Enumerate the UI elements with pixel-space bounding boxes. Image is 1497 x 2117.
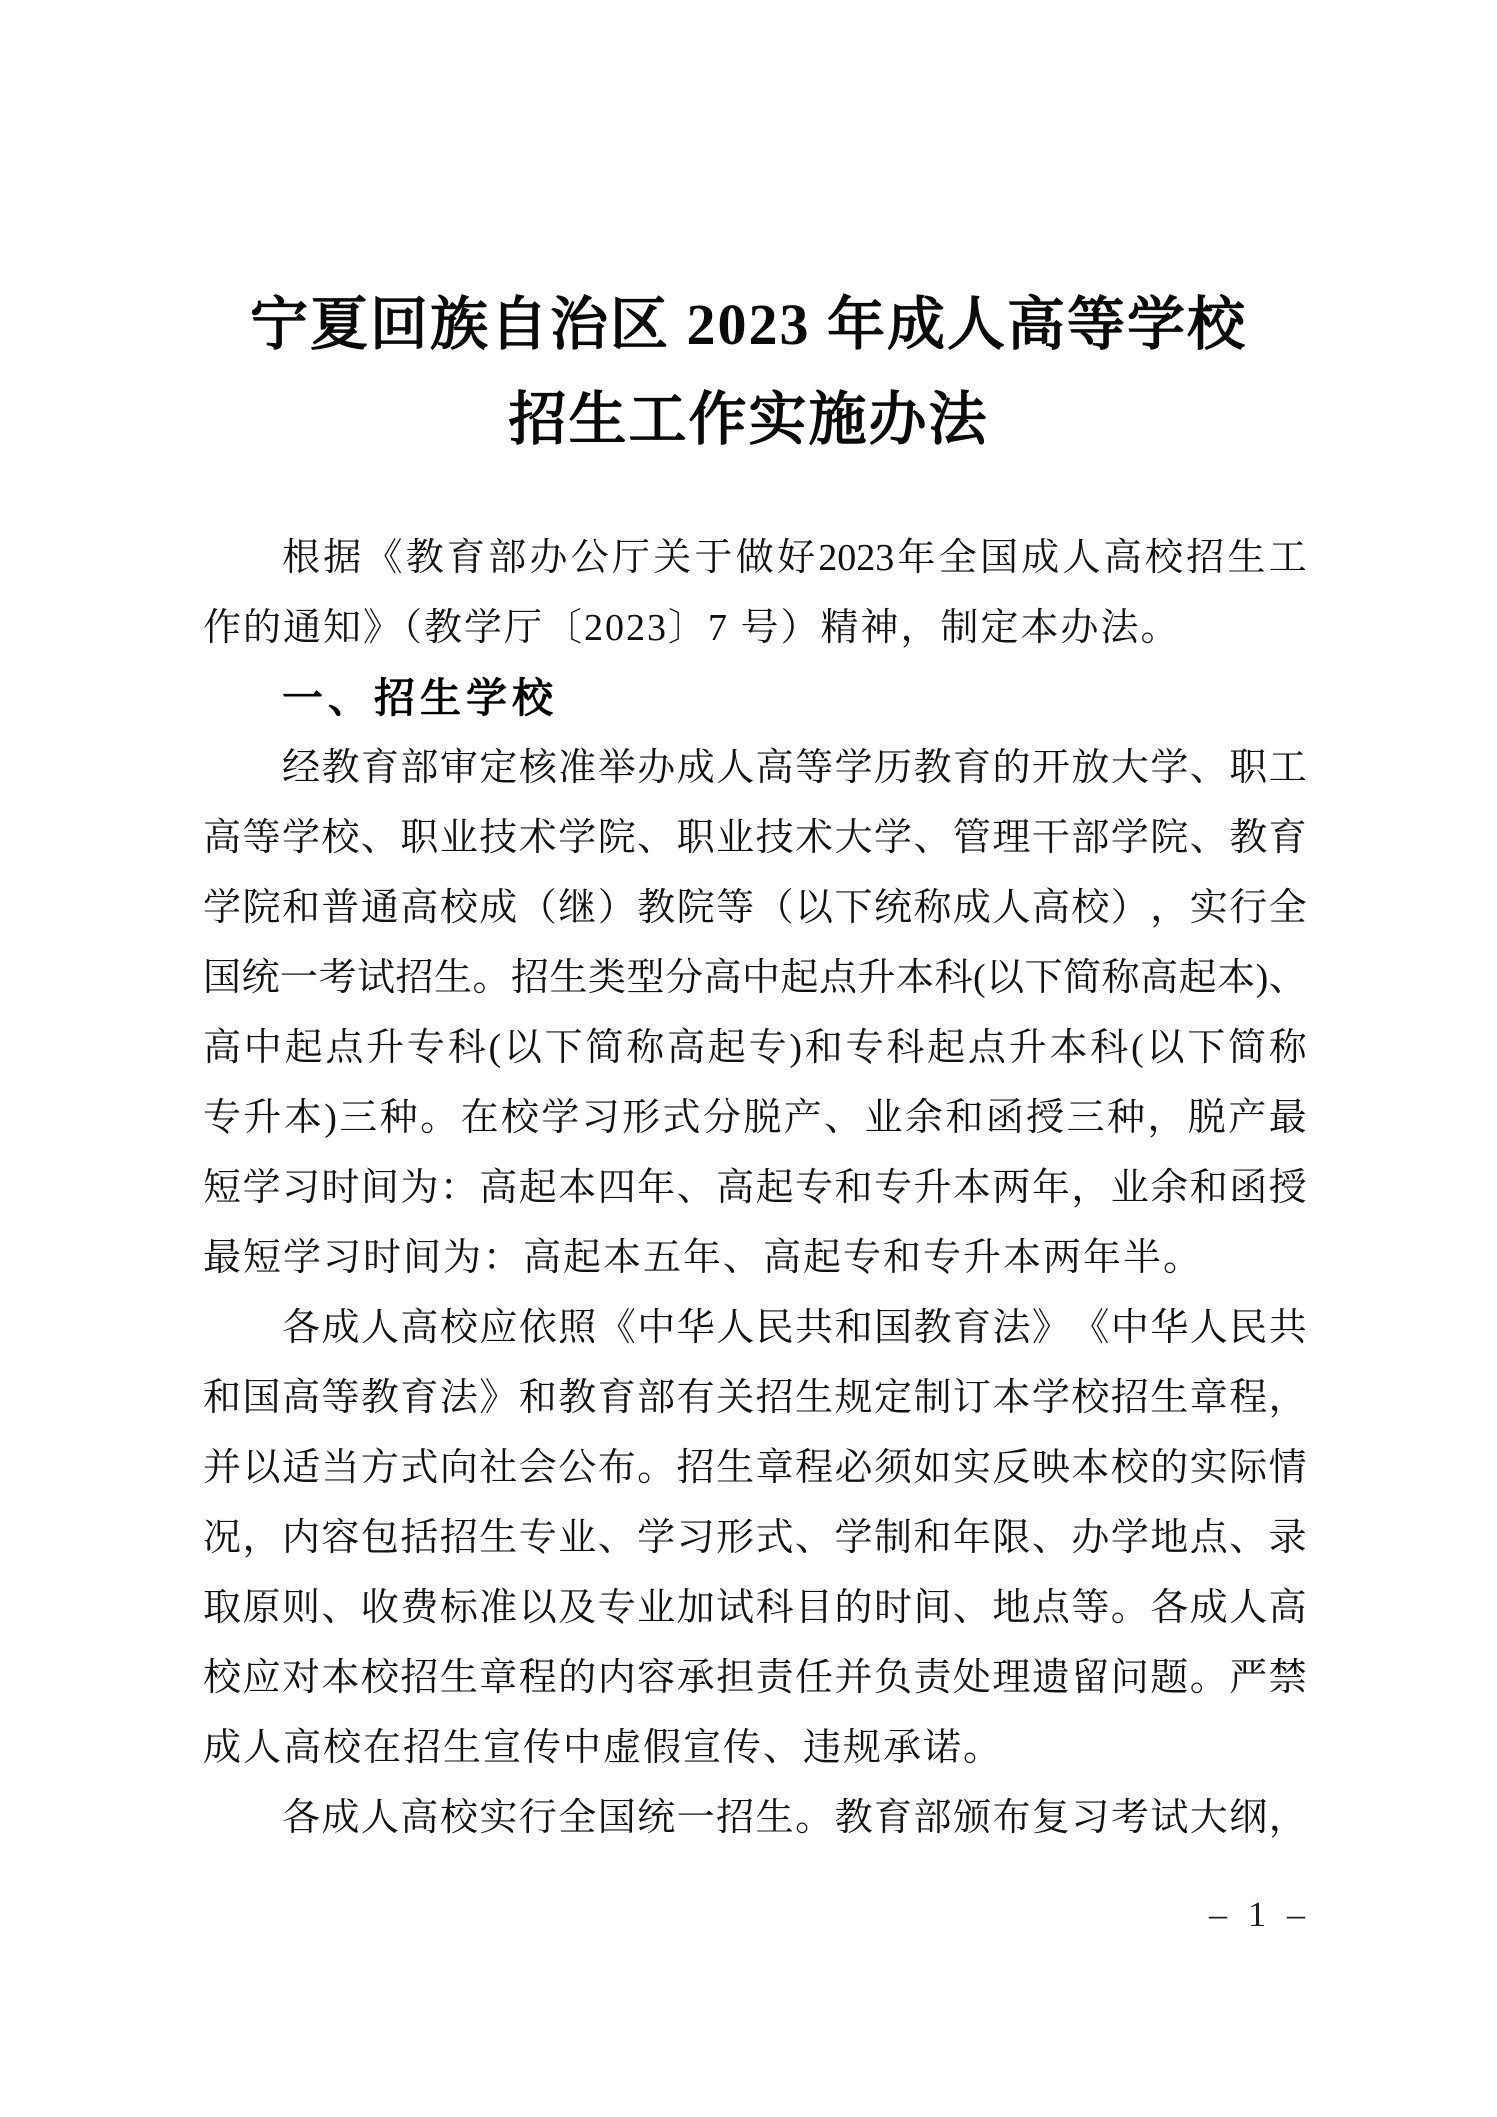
title-line-2: 招生工作实施办法	[0, 372, 1497, 467]
text-line: 国统一考试招生。招生类型分高中起点升本科(以下简称高起本)、	[203, 943, 1307, 1013]
text-line: 高中起点升专科(以下简称高起专)和专科起点升本科(以下简称	[203, 1013, 1307, 1083]
text-line: 经教育部审定核准举办成人高等学历教育的开放大学、职工	[203, 733, 1307, 803]
text-line: 高等学校、职业技术学院、职业技术大学、管理干部学院、教育	[203, 803, 1307, 873]
paragraph: 根据《教育部办公厅关于做好2023年全国成人高校招生工作的通知》（教学厅〔202…	[203, 523, 1307, 663]
text-line: 作的通知》（教学厅〔2023〕7 号）精神，制定本办法。	[203, 593, 1307, 663]
text-line: 学院和普通高校成（继）教院等（以下统称成人高校），实行全	[203, 873, 1307, 943]
text-line: 根据《教育部办公厅关于做好2023年全国成人高校招生工	[203, 523, 1307, 593]
text-line: 专升本)三种。在校学习形式分脱产、业余和函授三种，脱产最	[203, 1083, 1307, 1153]
text-line: 各成人高校实行全国统一招生。教育部颁布复习考试大纲，	[203, 1783, 1307, 1853]
title-line-1: 宁夏回族自治区 2023 年成人高等学校	[0, 277, 1497, 372]
text-line: 和国高等教育法》和教育部有关招生规定制订本学校招生章程，	[203, 1363, 1307, 1433]
section-heading: 一、招生学校	[203, 663, 1307, 733]
text-line: 成人高校在招生宣传中虚假宣传、违规承诺。	[203, 1713, 1307, 1783]
text-line: 短学习时间为：高起本四年、高起专和专升本两年，业余和函授	[203, 1153, 1307, 1223]
text-line: 并以适当方式向社会公布。招生章程必须如实反映本校的实际情	[203, 1433, 1307, 1503]
paragraph: 各成人高校应依照《中华人民共和国教育法》《中华人民共和国高等教育法》和教育部有关…	[203, 1293, 1307, 1783]
text-line: 各成人高校应依照《中华人民共和国教育法》《中华人民共	[203, 1293, 1307, 1363]
document-page: 宁夏回族自治区 2023 年成人高等学校 招生工作实施办法 根据《教育部办公厅关…	[0, 0, 1497, 2117]
text-line: 取原则、收费标准以及专业加试科目的时间、地点等。各成人高	[203, 1573, 1307, 1643]
text-line: 校应对本校招生章程的内容承担责任并负责处理遗留问题。严禁	[203, 1643, 1307, 1713]
paragraph: 经教育部审定核准举办成人高等学历教育的开放大学、职工高等学校、职业技术学院、职业…	[203, 733, 1307, 1293]
text-line: 况，内容包括招生专业、学习形式、学制和年限、办学地点、录	[203, 1503, 1307, 1573]
document-title: 宁夏回族自治区 2023 年成人高等学校 招生工作实施办法	[0, 0, 1497, 467]
text-line: 最短学习时间为：高起本五年、高起专和专升本两年半。	[203, 1223, 1307, 1293]
page-number: – 1 –	[1209, 1893, 1311, 1935]
text-line: 一、招生学校	[203, 663, 1307, 733]
paragraph: 各成人高校实行全国统一招生。教育部颁布复习考试大纲，	[203, 1783, 1307, 1853]
document-body: 根据《教育部办公厅关于做好2023年全国成人高校招生工作的通知》（教学厅〔202…	[0, 523, 1497, 1853]
